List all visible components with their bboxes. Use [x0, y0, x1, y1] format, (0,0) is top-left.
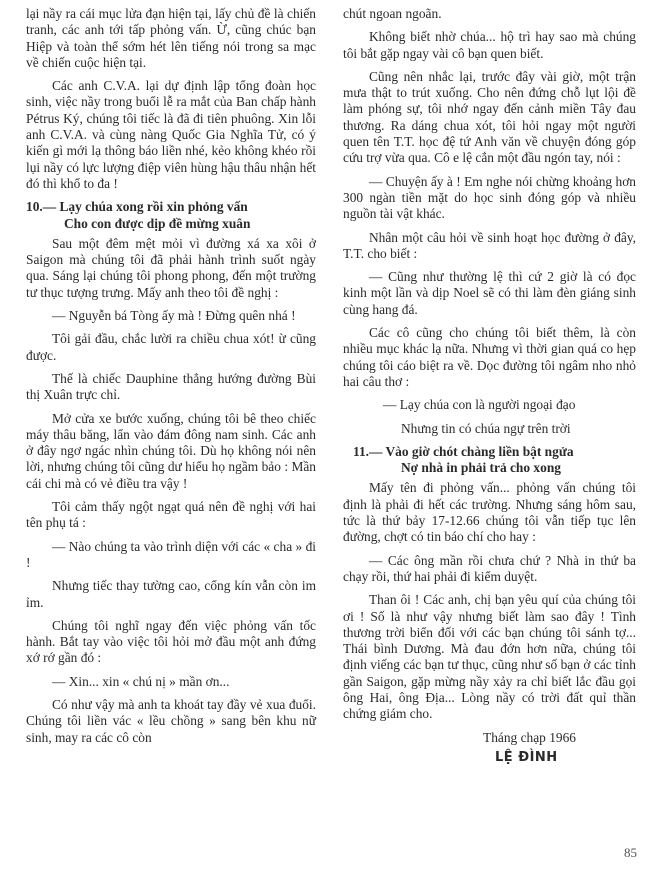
page-number: 85 [624, 845, 637, 861]
dialog-line: — Nguyễn bá Tòng ấy mà ! Đừng quên nhá ! [26, 308, 316, 324]
section-heading-10: 10.— Lạy chúa xong rồi xin phỏng vấn Cho… [26, 199, 316, 232]
paragraph: Các cô cũng cho chúng tôi biết thêm, là … [343, 325, 636, 390]
paragraph: Có như vậy mà anh ta khoát tay đầy vẻ xu… [26, 697, 316, 746]
paragraph: Nhưng tiếc thay tường cao, cổng kín vẫn … [26, 578, 316, 611]
dialog-line: — Các ông mần rồi chưa chứ ? Nhà in thứ … [343, 553, 636, 586]
paragraph: Cũng nên nhắc lại, trước đây vài giờ, mộ… [343, 69, 636, 167]
paragraph: Than ôi ! Các anh, chị bạn yêu quí của c… [343, 592, 636, 722]
dateline: Tháng chạp 1966 [343, 730, 636, 746]
dialog-line: — Chuyện ấy à ! Em nghe nói chừng khoảng… [343, 174, 636, 223]
section-heading-line: 11.— Vào giờ chót chàng liền bật ngửa [343, 444, 636, 460]
left-column: lại nầy ra cái mục lửa đạn hiện tại, lấy… [26, 6, 316, 753]
paragraph: Thế là chiếc Dauphine thẳng hướng đường … [26, 371, 316, 404]
paragraph: Chúng tôi nghĩ ngay đến việc phỏng vấn t… [26, 618, 316, 667]
section-heading-line: Nợ nhà in phải trả cho xong [343, 460, 636, 476]
paragraph: Các anh C.V.A. lại dự định lập tổng đoàn… [26, 78, 316, 192]
section-heading-11: 11.— Vào giờ chót chàng liền bật ngửa Nợ… [343, 444, 636, 477]
verse-line: — Lạy chúa con là người ngoại đạo [343, 397, 636, 413]
paragraph: Tôi cảm thấy ngột ngạt quá nên đề nghị v… [26, 499, 316, 532]
paragraph: chút ngoan ngoãn. [343, 6, 636, 22]
author-signature: LỆ ĐÌNH [343, 750, 636, 766]
verse-line: Nhưng tin có chúa ngự trên trời [343, 421, 636, 437]
section-heading-line: 10.— Lạy chúa xong rồi xin phỏng vấn [26, 199, 316, 215]
paragraph: Mấy tên đi phỏng vấn... phỏng vấn chúng … [343, 480, 636, 545]
paragraph: Sau một đêm mệt mỏi vì đường xá xa xôi ở… [26, 236, 316, 301]
paragraph: Tôi gải đầu, chắc lười ra chiều chua xót… [26, 331, 316, 364]
paragraph: Không biết nhờ chúa... hộ trì hay sao mà… [343, 29, 636, 62]
dialog-line: — Xin... xin « chú nị » mần ơn... [26, 674, 316, 690]
paragraph: Mở cửa xe bước xuống, chúng tôi bê theo … [26, 411, 316, 492]
dialog-line: — Cũng như thường lệ thì cứ 2 giờ là có … [343, 269, 636, 318]
right-column: chút ngoan ngoãn. Không biết nhờ chúa...… [343, 6, 636, 766]
paragraph: Nhân một câu hỏi về sinh hoạt học đường … [343, 230, 636, 263]
verse: — Lạy chúa con là người ngoại đạo Nhưng … [343, 397, 636, 437]
paragraph: lại nầy ra cái mục lửa đạn hiện tại, lấy… [26, 6, 316, 71]
dialog-line: — Nào chúng ta vào trình diện với các « … [26, 539, 316, 572]
section-heading-line: Cho con được dịp đề mừng xuân [26, 216, 316, 232]
